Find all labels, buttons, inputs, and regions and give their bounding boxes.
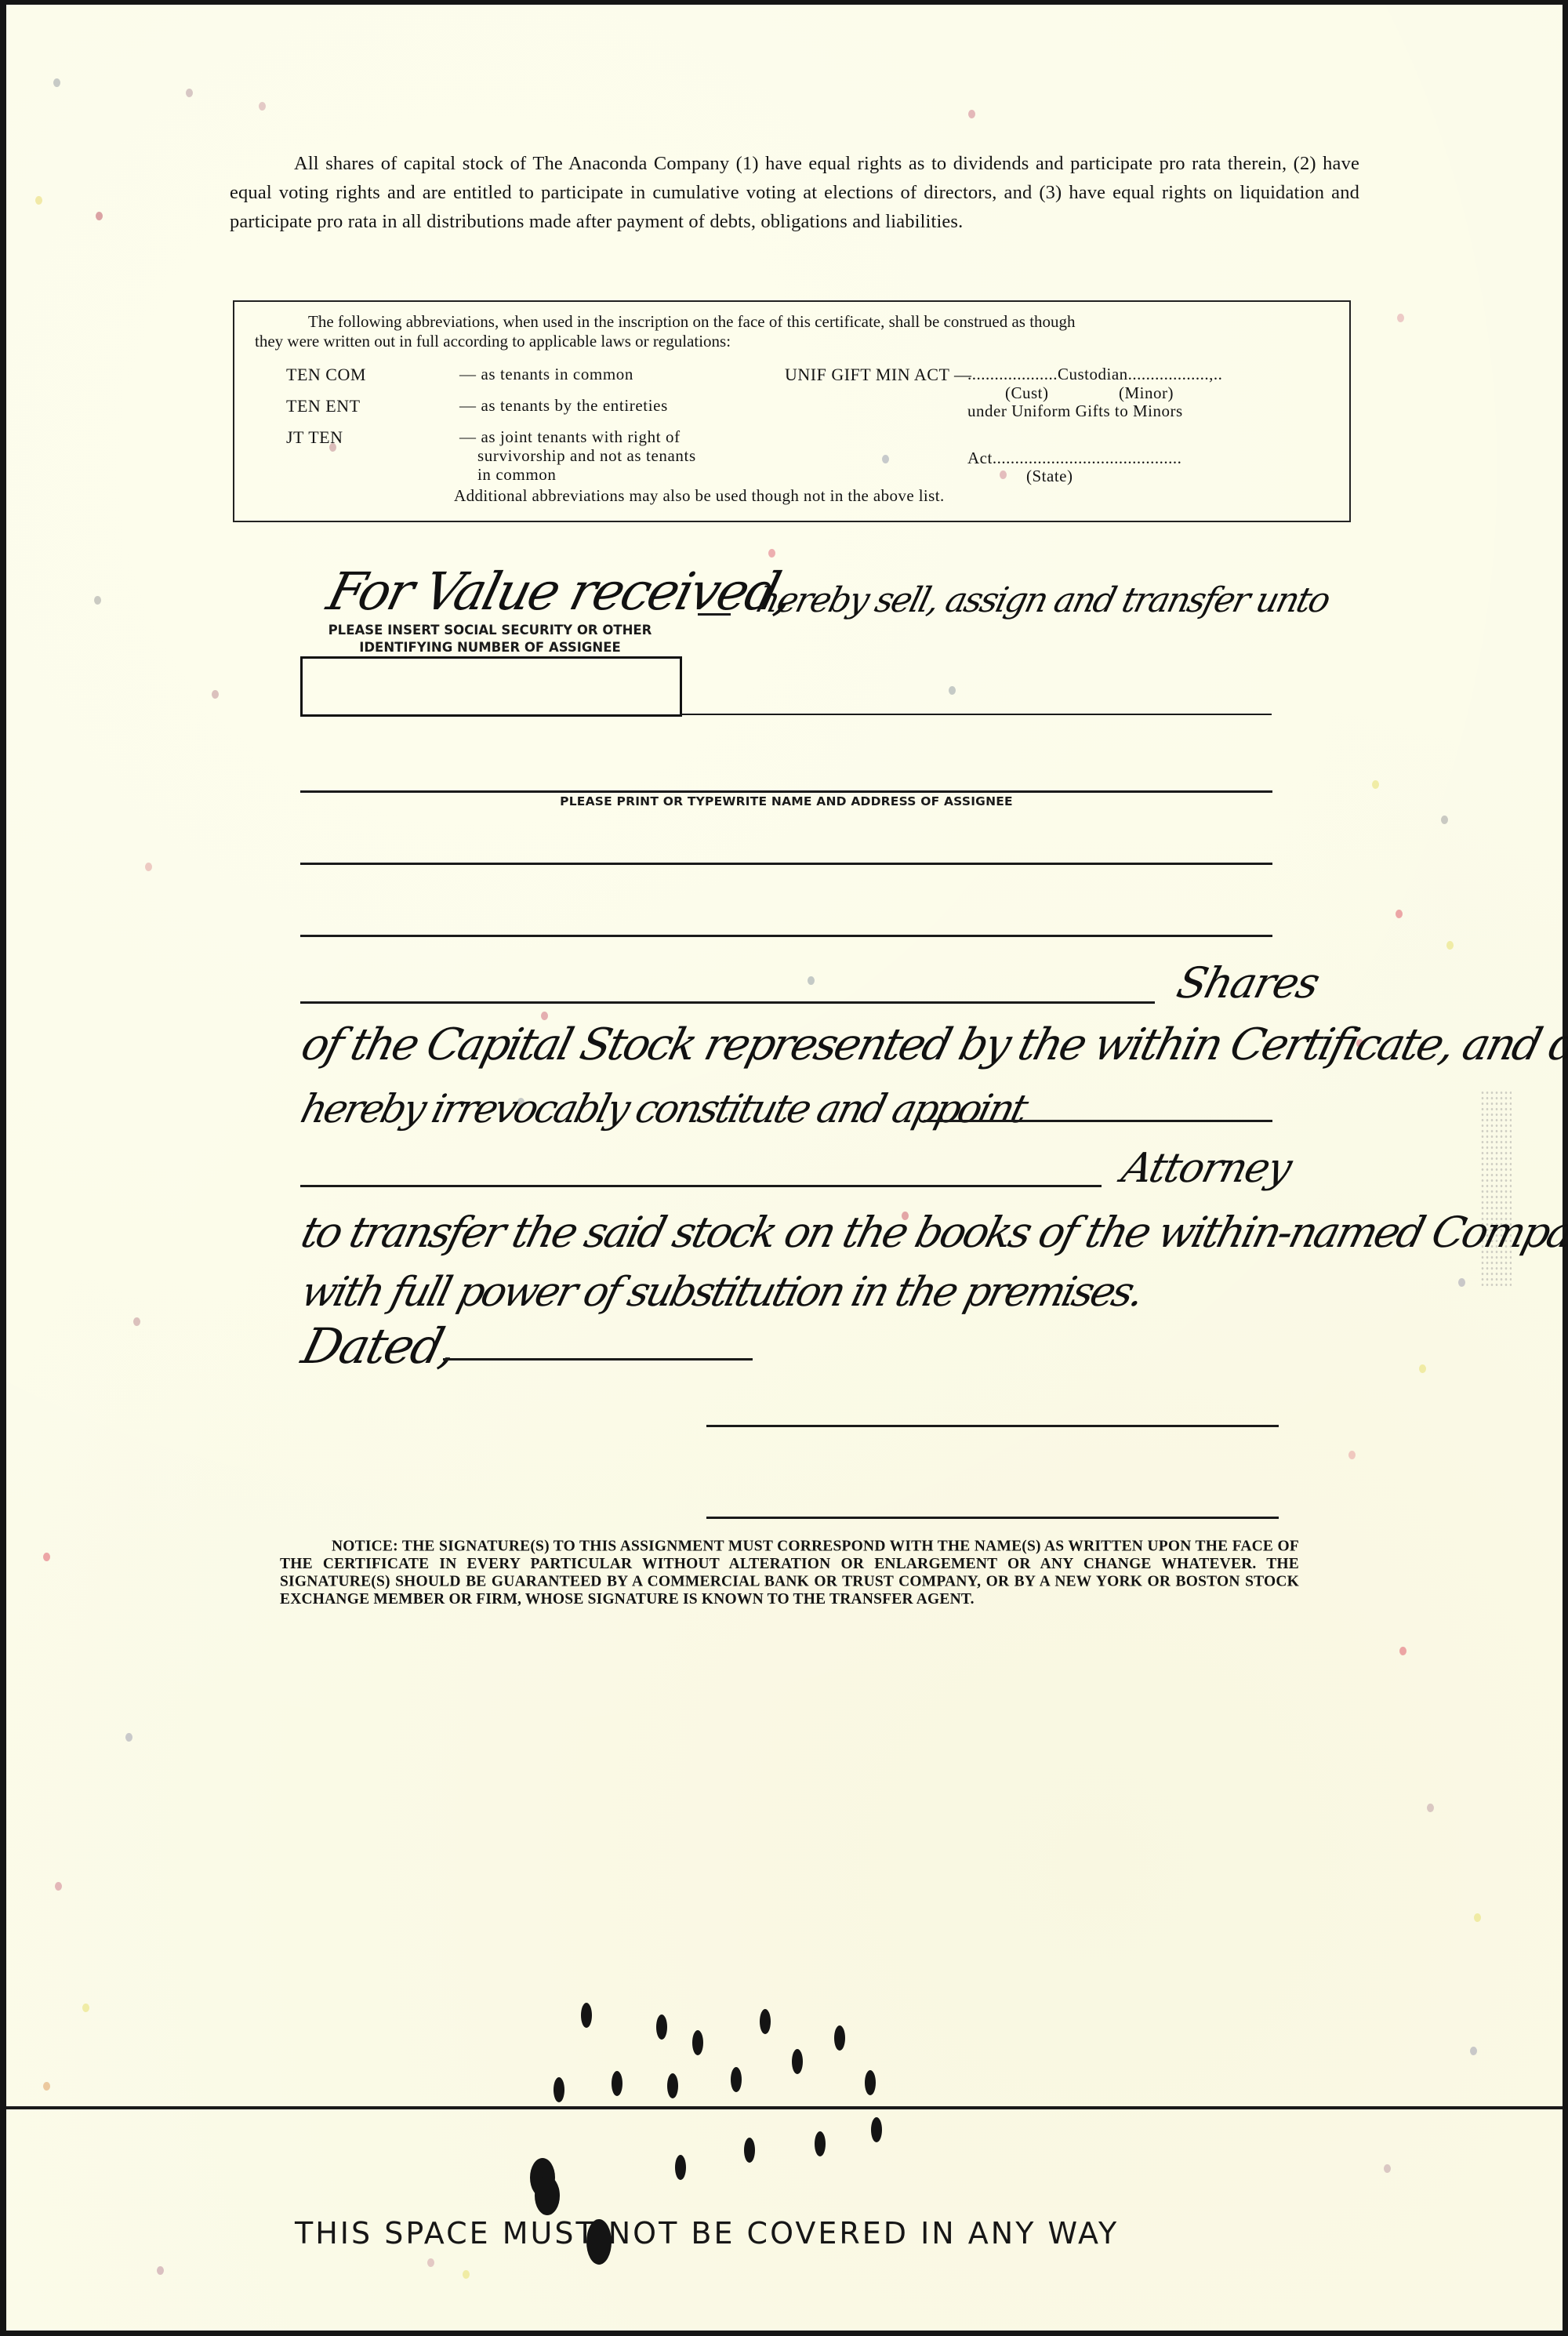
custodian-line: ....................Custodian...........…: [967, 365, 1222, 384]
transfer-phrase-script: hereby sell, assign and transfer unto: [753, 580, 1333, 620]
signature-line-2[interactable]: [706, 1517, 1279, 1519]
abbreviations-box: The following abbreviations, when used i…: [233, 300, 1351, 522]
number-of-shares-line[interactable]: [300, 1001, 1155, 1004]
transfer-books-script: to transfer the said stock on the books …: [296, 1208, 1568, 1257]
capital-stock-script: of the Capital Stock represented by the …: [296, 1019, 1568, 1070]
under-uniform-gifts-text: under Uniform Gifts to Minors: [967, 401, 1183, 421]
minor-caption: (Minor): [1119, 383, 1174, 403]
abbr-code-ten-ent: TEN ENT: [286, 396, 361, 416]
abbr-code-ten-com: TEN COM: [286, 365, 366, 384]
name-address-label: PLEASE PRINT OR TYPEWRITE NAME AND ADDRE…: [300, 794, 1272, 808]
act-state-line: Act.....................................…: [967, 449, 1181, 468]
attorney-name-line-2[interactable]: [300, 1185, 1102, 1187]
abbr-def-ten-ent: — as tenants by the entireties: [459, 396, 668, 416]
for-value-dash: [698, 613, 731, 616]
ss-number-field[interactable]: [300, 656, 682, 717]
ss-number-label-line2: IDENTIFYING NUMBER OF ASSIGNEE: [300, 639, 680, 656]
abbreviations-footer: Additional abbreviations may also be use…: [454, 486, 945, 506]
ss-number-label: PLEASE INSERT SOCIAL SECURITY OR OTHER I…: [300, 622, 680, 656]
attorney-script: Attorney: [1117, 1145, 1295, 1192]
appoint-script: hereby irrevocably constitute and appoin…: [296, 1086, 1030, 1132]
do-not-cover-warning: THIS SPACE MUST NOT BE COVERED IN ANY WA…: [295, 2216, 1314, 2251]
abbr-code-jt-ten: JT TEN: [286, 427, 343, 447]
abbr-def-jt-ten-line2: survivorship and not as tenants: [477, 446, 696, 466]
state-caption: (State): [1026, 467, 1073, 486]
abbr-def-jt-ten-line3: in common: [477, 465, 556, 485]
abbreviations-intro: The following abbreviations, when used i…: [255, 312, 1329, 351]
abbr-def-jt-ten: — as joint tenants with right of: [459, 427, 681, 447]
bottom-divider: [6, 2106, 1563, 2109]
abbreviations-intro-line2: they were written out in full according …: [255, 332, 1329, 351]
attorney-name-line-1[interactable]: [924, 1120, 1272, 1122]
date-line[interactable]: [443, 1358, 753, 1361]
assignee-address-line-1[interactable]: [300, 863, 1272, 865]
cust-caption: (Cust): [1005, 383, 1049, 403]
substitution-script: with full power of substitution in the p…: [296, 1269, 1147, 1316]
assignee-line-1[interactable]: [680, 714, 1272, 715]
ss-number-label-line1: PLEASE INSERT SOCIAL SECURITY OR OTHER: [300, 622, 680, 639]
dated-script: Dated,: [296, 1317, 462, 1375]
signature-notice: NOTICE: THE SIGNATURE(S) TO THIS ASSIGNM…: [280, 1538, 1299, 1608]
shares-script: Shares: [1172, 958, 1323, 1008]
assignee-name-line[interactable]: [300, 790, 1272, 793]
abbr-def-ten-com: — as tenants in common: [459, 365, 633, 384]
shareholder-rights-paragraph: All shares of capital stock of The Anaco…: [230, 149, 1359, 236]
abbreviations-intro-line1: The following abbreviations, when used i…: [255, 312, 1329, 332]
signature-line-1[interactable]: [706, 1425, 1279, 1427]
assignee-address-line-2[interactable]: [300, 935, 1272, 937]
unif-gift-min-act-label: UNIF GIFT MIN ACT —: [785, 365, 972, 384]
